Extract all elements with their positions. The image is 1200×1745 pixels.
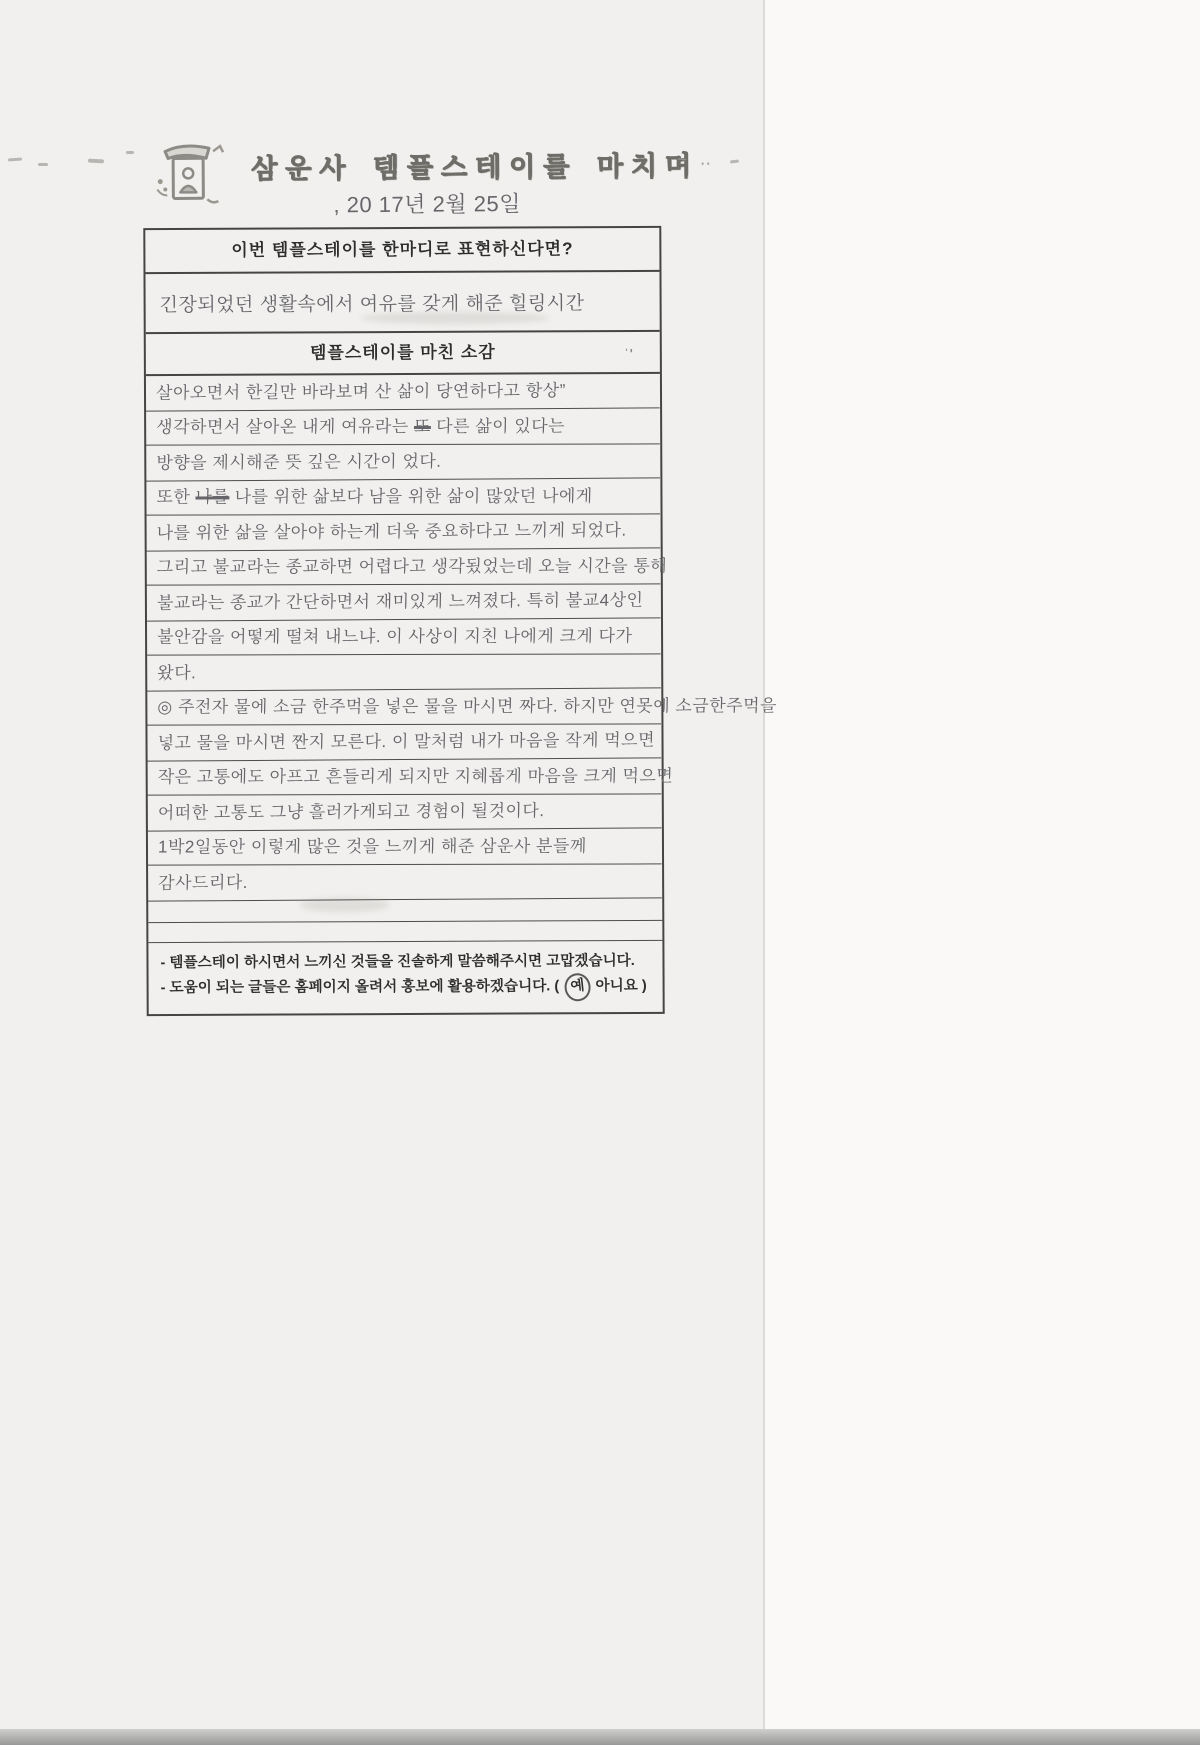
memo-struck-text: 또 <box>414 417 431 436</box>
memo-line-text: 불안감을 어떻게 떨쳐 내느냐. 이 사상이 지친 나에게 크게 다가 <box>157 626 633 646</box>
memo-line-text: 또한 <box>156 487 196 506</box>
title-trailing-marks: ~ ‥ <box>677 150 715 170</box>
memo-line-empty <box>148 899 662 923</box>
question1-answer-text: 긴장되었던 생활속에서 여유를 갖게 해준 힐링시간 <box>160 288 585 317</box>
memo-line: 넣고 물을 마시면 짠지 모른다. 이 말처럼 내가 마음을 작게 먹으면 <box>147 723 662 761</box>
memo-line: 살아오면서 한길만 바라보며 산 삶이 당연하다고 항상” <box>146 373 661 411</box>
memo-line: 나를 위한 삶을 살아야 하는게 더욱 중요하다고 느끼게 되었다. <box>146 513 661 551</box>
memo-line: 어떠한 고통도 그냥 흘러가게되고 경험이 될것이다. <box>147 793 662 831</box>
memo-lines-container: 살아오면서 한길만 바라보며 산 삶이 당연하다고 항상”생각하면서 살아온 내… <box>146 374 662 901</box>
memo-line: 1박2일동안 이렇게 많은 것을 느끼게 해준 삼운사 분들께 <box>148 829 663 865</box>
document-header: 삼운사 템플스테이를 마치며 ~ ‥ , 20 17년 2월 25일 <box>0 0 770 3</box>
scan-speck <box>38 163 48 166</box>
yes-option-circled: 예 <box>563 972 592 1003</box>
scan-speck <box>730 159 739 163</box>
pen-tick-mark: ˈ' <box>624 334 634 374</box>
page-title: 삼운사 템플스테이를 마치며 <box>251 144 721 186</box>
scan-fold-pane <box>763 0 1200 1745</box>
memo-line-text: 생각하면서 살아온 내게 여유라는 <box>156 417 414 437</box>
question1-answer-row: 긴장되었던 생활속에서 여유를 갖게 해준 힐링시간 <box>145 272 659 334</box>
memo-line: 불안감을 어떻게 떨쳐 내느냐. 이 사상이 지친 나에게 크게 다가 <box>147 619 662 655</box>
memo-line: 불교라는 종교가 간단하면서 재미있게 느껴졌다. 특히 불교4상인 <box>147 583 662 621</box>
memo-line: 또한 나를 나를 위한 삶보다 남을 위한 삶이 많았던 나에게 <box>146 479 661 515</box>
footer-instruction-2: - 도움이 되는 글들은 홈페이지 올려서 홍보에 활용하겠습니다. ( 예 아… <box>161 973 651 1003</box>
scanned-document-page: { "scan": { "title": "삼운사 템플스테이를 마치며", "… <box>0 0 1200 1745</box>
scan-speck <box>8 158 22 162</box>
memo-struck-text: 나를 <box>195 487 229 506</box>
memo-line-text: 넣고 물을 마시면 짠지 모른다. 이 말처럼 내가 마음을 작게 먹으면 <box>157 730 655 752</box>
memo-line-empty <box>148 921 662 943</box>
form-footer: - 템플스테이 하시면서 느끼신 것들을 진솔하게 말씀해주시면 고맙겠습니다.… <box>148 941 662 1014</box>
memo-line: ◎ 주전자 물에 소금 한주먹을 넣은 물을 마시면 짜다. 하지만 연못에 소… <box>147 689 662 725</box>
memo-line-text: 감사드리다. <box>158 873 248 893</box>
document-date: , 20 17년 2월 25일 <box>333 186 633 219</box>
footer-paren-close: ) <box>642 978 647 994</box>
memo-line-text: 어떠한 고통도 그냥 흘러가게되고 경험이 될것이다. <box>158 801 545 823</box>
question2-header-row: 템플스테이를 마친 소감 ˈ' <box>146 332 660 376</box>
scan-speck <box>126 151 134 154</box>
memo-line: 작은 고통에도 아프고 흔들리게 되지만 지혜롭게 마음을 크게 먹으면 <box>147 759 662 795</box>
memo-line-text: 나를 위한 삶보다 남을 위한 삶이 많았던 나에게 <box>229 487 593 507</box>
memo-line-text: 그리고 불교라는 종교하면 어렵다고 생각됬었는데 오늘 시간을 통해 <box>157 556 668 576</box>
memo-line-text: 1박2일동안 이렇게 많은 것을 느끼게 해준 삼운사 분들께 <box>158 837 587 857</box>
memo-line-text: 살아오면서 한길만 바라보며 산 삶이 당연하다고 항상” <box>156 381 566 403</box>
memo-line-text: 작은 고통에도 아프고 흔들리게 되지만 지혜롭게 마음을 크게 먹으면 <box>157 766 673 786</box>
no-option: 아니요 <box>595 978 637 994</box>
feedback-form-table: 이번 템플스테이를 한마디로 표현하신다면? 긴장되었던 생활속에서 여유를 갖… <box>143 226 664 1016</box>
buddha-stamp-icon <box>151 137 244 210</box>
memo-line-text: 불교라는 종교가 간단하면서 재미있게 느껴졌다. 특히 불교4상인 <box>157 590 644 612</box>
question1-header: 이번 템플스테이를 한마디로 표현하신다면? <box>145 228 659 274</box>
memo-line: 감사드리다. <box>148 863 663 901</box>
footer-instruction-2-text: - 도움이 되는 글들은 홈페이지 올려서 홍보에 활용하겠습니다. ( <box>161 979 560 997</box>
memo-line-text: ◎ 주전자 물에 소금 한주먹을 넣은 물을 마시면 짜다. 하지만 연못에 소… <box>157 696 777 716</box>
memo-line: 그리고 불교라는 종교하면 어렵다고 생각됬었는데 오늘 시간을 통해 <box>146 549 661 585</box>
memo-line-text: 나를 위한 삶을 살아야 하는게 더욱 중요하다고 느끼게 되었다. <box>156 521 626 543</box>
memo-line: 왔다. <box>147 653 662 691</box>
memo-line-text: 다른 삶이 있다는 <box>431 417 566 436</box>
footer-instruction-1: - 템플스테이 하시면서 느끼신 것들을 진솔하게 말씀해주시면 고맙겠습니다. <box>160 950 650 975</box>
memo-line-text: 왔다. <box>157 663 196 682</box>
scanner-edge-strip <box>0 1729 1200 1745</box>
scan-speck <box>88 159 104 164</box>
question2-header: 템플스테이를 마친 소감 <box>310 343 496 363</box>
memo-line-text: 방향을 제시해준 뜻 깊은 시간이 었다. <box>156 452 442 473</box>
memo-line: 생각하면서 살아온 내게 여유라는 또 다른 삶이 있다는 <box>146 409 661 445</box>
memo-line: 방향을 제시해준 뜻 깊은 시간이 었다. <box>146 443 661 481</box>
